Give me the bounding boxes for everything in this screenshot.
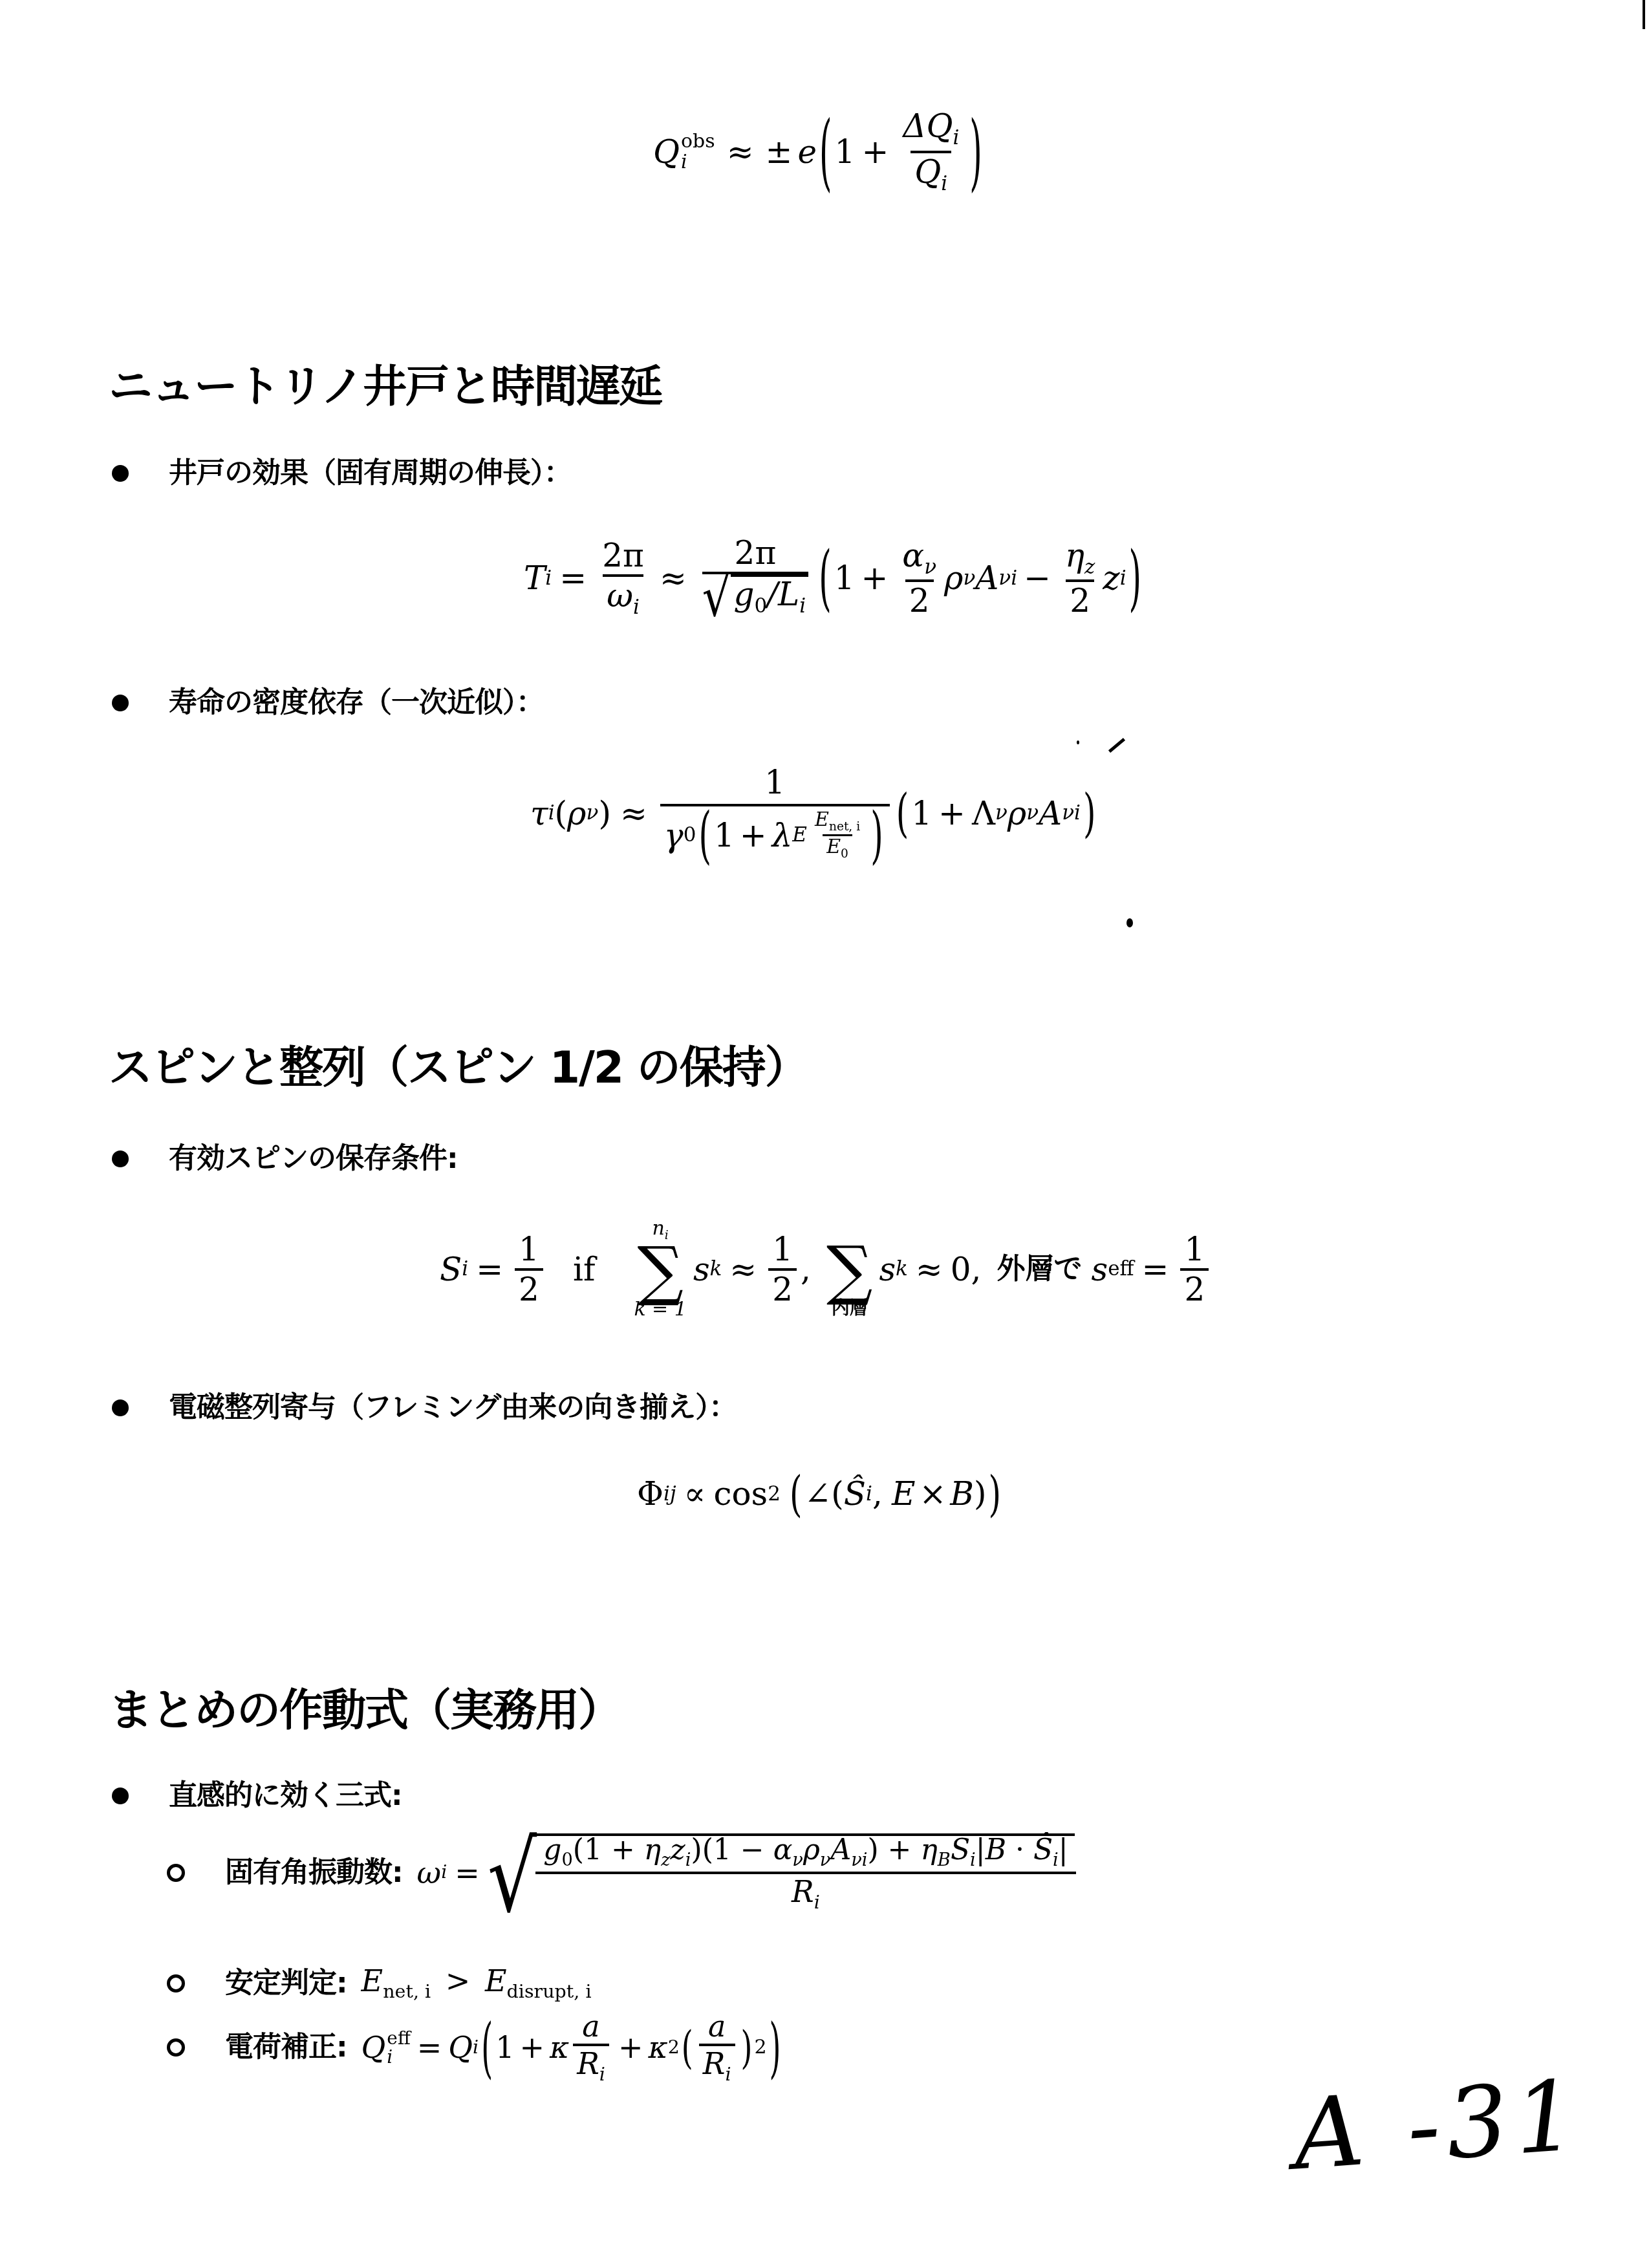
subscript: i — [953, 126, 959, 149]
symbol: κ — [648, 2033, 667, 2062]
square-root: √ g0(1 + ηzzi)(1 − ανρνAνi) + ηBSi|B · Ŝ… — [488, 1833, 1075, 1912]
equals-sign: = — [559, 562, 587, 594]
superscript: 2 — [754, 2038, 766, 2057]
bullet-label: 直感的に効く三式: — [169, 1782, 402, 1810]
symbol: A — [1039, 797, 1062, 830]
fraction: ηz 2 — [1061, 539, 1099, 618]
symbol: Λ — [972, 797, 995, 830]
document-page: Qobsi ≈ ± e ( 1 + ΔQi Qi ) ニュートリノ井戸と時間遅延… — [0, 0, 1649, 2268]
symbol: E — [361, 1963, 383, 1998]
symbol: s — [693, 1253, 710, 1286]
numerator: α — [902, 537, 924, 574]
symbol: e — [797, 136, 817, 168]
symbol: γ — [664, 819, 684, 852]
denominator: 2 — [905, 579, 934, 617]
subscript: ij — [663, 1484, 676, 1504]
subscript: k — [710, 1259, 722, 1279]
bullet-label: 井戸の効果（固有周期の伸長）： — [169, 459, 572, 488]
sigma-icon: ∑ — [826, 1241, 872, 1299]
subscript: i — [1120, 568, 1126, 589]
right-paren: ) — [741, 2025, 753, 2070]
numerator: ΔQ — [903, 107, 953, 145]
equals-sign: = — [1142, 1253, 1169, 1286]
superscript: 2 — [768, 1484, 781, 1504]
number: 1 — [834, 562, 855, 594]
numerator: a — [704, 2011, 729, 2044]
symbol: Q — [448, 2033, 473, 2062]
equals-sign: = — [455, 1858, 480, 1888]
subscript: i — [462, 1259, 468, 1279]
angle-icon: ∠ — [804, 1478, 831, 1510]
approx-sign: ≈ — [660, 562, 687, 594]
bullet-label: 寿命の密度依存（一次近似）： — [169, 689, 544, 717]
subscript: i — [941, 172, 947, 195]
subscript: disrupt, i — [507, 1981, 592, 2002]
symbol: E — [826, 836, 841, 858]
formula-stability: Enet, i > Edisrupt, i — [361, 1966, 592, 2001]
bullet-label: 電磁整列寄与（フレミング由来の向き揃え）： — [169, 1394, 737, 1422]
sigma-icon: ∑ — [637, 1242, 683, 1300]
subscript: 2 — [668, 2038, 680, 2057]
symbol: Q — [653, 136, 680, 168]
superscript: obs — [681, 131, 715, 152]
denominator: R — [792, 1874, 814, 1909]
symbol: g — [733, 576, 754, 613]
numerator: 2π — [731, 537, 781, 572]
denominator: 2 — [768, 1268, 797, 1306]
subscript: i — [681, 152, 715, 173]
subscript: i — [866, 1484, 872, 1504]
plus-sign: + — [519, 2033, 544, 2062]
right-paren: ) — [770, 2015, 781, 2080]
formula-spin-condition: Si = 1 2 if ni ∑ k = 1 sk ≈ 1 2 , ∑ 内層 s… — [440, 1219, 1212, 1319]
denominator: R — [577, 2046, 599, 2081]
approx-sign: ≈ — [729, 1253, 757, 1286]
greater-than-sign: > — [446, 1963, 471, 1998]
symbol: ω — [417, 1858, 442, 1888]
left-paren: ( — [896, 788, 909, 839]
bullet-label: 固有角振動数: — [225, 1859, 403, 1887]
subscript: k — [896, 1259, 908, 1279]
comma: , — [872, 1478, 883, 1510]
equals-sign: = — [476, 1253, 503, 1286]
symbol: Φ — [637, 1478, 663, 1510]
number: 1 — [714, 819, 735, 852]
right-paren: ) — [1083, 788, 1096, 839]
radical-icon: √ — [702, 570, 731, 624]
subscript: i — [441, 1863, 447, 1882]
plus-sign: + — [740, 819, 767, 852]
denominator: Q — [914, 153, 941, 191]
left-paren: ( — [682, 2025, 693, 2070]
subscript: ν — [924, 555, 936, 578]
sub-bullet-item: 固有角振動数: ωi = √ g0(1 + ηzzi)(1 − ανρνAνi)… — [167, 1833, 1075, 1912]
bullet-dot-icon — [112, 695, 129, 711]
symbol: E — [815, 808, 829, 831]
approx-sign: ≈ — [727, 136, 754, 168]
symbol: B — [950, 1478, 974, 1510]
number: 0, — [951, 1253, 982, 1286]
plus-sign: + — [861, 562, 888, 594]
fraction: 2π √ g0/Li — [698, 537, 812, 620]
numerator: 1 — [1180, 1233, 1209, 1268]
symbol: z — [1103, 562, 1119, 594]
bullet-item: 有効スピンの保存条件: — [112, 1145, 458, 1173]
symbol: κ — [550, 2033, 569, 2062]
fraction: 1 γ0 ( 1 + λE Enet, i E0 ) — [660, 766, 890, 860]
subscript: net, i — [829, 820, 860, 834]
right-paren: ) — [969, 110, 982, 194]
bullet-ring-icon — [167, 1864, 185, 1882]
symbol: T — [524, 562, 545, 594]
subscript: i — [387, 2047, 410, 2066]
left-paren: ( — [481, 2015, 493, 2080]
symbol: S — [440, 1253, 462, 1286]
subscript: i — [599, 2064, 605, 2085]
summation: ni ∑ k = 1 — [634, 1219, 686, 1319]
bullet-ring-icon — [167, 1974, 185, 1993]
fraction: αν 2 — [898, 539, 940, 618]
number: 1 — [495, 2033, 514, 2062]
left-paren: ( — [819, 543, 832, 614]
right-paren: ) — [870, 805, 883, 866]
left-paren: ( — [698, 805, 711, 866]
bullet-item: 直感的に効く三式: — [112, 1782, 402, 1810]
scan-mark — [1108, 738, 1125, 753]
subscript: 0 — [684, 825, 696, 845]
subscript: νi — [998, 568, 1017, 589]
formula-angular-frequency: ωi = √ g0(1 + ηzzi)(1 − ανρνAνi) + ηBSi|… — [417, 1833, 1075, 1912]
bullet-item: 電磁整列寄与（フレミング由来の向き揃え）： — [112, 1394, 737, 1422]
subscript: i — [545, 568, 552, 589]
subscript: i — [814, 1892, 820, 1913]
bullet-dot-icon — [112, 1787, 129, 1804]
function-name: cos — [713, 1478, 768, 1510]
proportional-sign: ∝ — [684, 1478, 706, 1510]
numerator: 1 — [515, 1233, 543, 1268]
plus-minus-sign: ± — [766, 136, 793, 168]
fraction: ΔQi Qi — [899, 110, 963, 194]
numerator: 2π — [598, 539, 648, 574]
subscript: i — [633, 595, 640, 618]
plus-sign: + — [938, 797, 965, 830]
comma: , — [801, 1253, 811, 1286]
denominator: R — [703, 2046, 726, 2081]
denominator: 2 — [1066, 579, 1094, 617]
right-paren: ) — [989, 1470, 1002, 1518]
plus-sign: + — [861, 136, 889, 168]
symbol: λ — [772, 819, 793, 852]
subscript: eff — [1108, 1259, 1134, 1279]
number: 1 — [911, 797, 932, 830]
right-paren: ) — [1129, 543, 1142, 614]
if-keyword: if — [573, 1253, 596, 1286]
fraction: 1 2 — [768, 1233, 797, 1306]
numerator: a — [578, 2011, 603, 2044]
subscript: i — [725, 2064, 731, 2085]
number: 1 — [835, 136, 856, 168]
subscript: νi — [1062, 803, 1081, 823]
symbol: ρ — [944, 562, 963, 594]
symbol: τ — [530, 797, 548, 830]
symbol: ρ — [1008, 797, 1026, 830]
subscript: ν — [1026, 803, 1039, 823]
formula-period: Ti = 2π ωi ≈ 2π √ g0/Li ( 1 + αν 2 ρν Aν… — [524, 537, 1144, 620]
sub-bullet-item: 安定判定: Enet, i > Edisrupt, i — [167, 1966, 592, 2001]
subscript: i — [799, 594, 806, 618]
equals-sign: = — [417, 2033, 442, 2062]
subscript: z — [1084, 555, 1095, 578]
numerator: 1 — [768, 1233, 797, 1268]
symbol: A — [975, 562, 998, 594]
fraction: 1 2 — [1180, 1233, 1209, 1306]
plus-sign: + — [618, 2033, 643, 2062]
scan-edge — [1643, 0, 1645, 29]
symbol: /L — [767, 576, 799, 613]
symbol: ρ — [567, 797, 586, 830]
bullet-ring-icon — [167, 2038, 185, 2057]
denominator: 2 — [1180, 1268, 1209, 1306]
bullet-label: 有効スピンの保存条件: — [169, 1145, 458, 1173]
subscript: 0 — [841, 847, 848, 861]
fraction: 1 2 — [515, 1233, 543, 1306]
bullet-dot-icon — [112, 1399, 129, 1416]
scan-speck — [1126, 918, 1133, 927]
outer-layer-label: 外層で — [997, 1255, 1082, 1284]
superscript: eff — [387, 2029, 410, 2047]
denominator: 2 — [515, 1268, 543, 1306]
bullet-item: 井戸の効果（固有周期の伸長）： — [112, 459, 572, 488]
handwritten-page-number: A -31 — [1289, 2060, 1586, 2192]
section-heading: ニュートリノ井戸と時間遅延 — [109, 365, 662, 409]
subscript: ν — [587, 803, 599, 823]
subscript: ν — [995, 803, 1008, 823]
formula-observed-charge: Qobsi ≈ ± e ( 1 + ΔQi Qi ) — [653, 110, 985, 194]
subscript: ν — [963, 568, 975, 589]
left-paren: ( — [819, 110, 832, 194]
fraction: Enet, i E0 — [811, 810, 864, 860]
numerator: 1 — [760, 766, 789, 804]
bullet-dot-icon — [112, 465, 129, 482]
subscript: 0 — [754, 594, 767, 618]
symbol: E — [892, 1478, 916, 1510]
times-sign: × — [919, 1478, 946, 1510]
bullet-label: 電荷補正: — [225, 2033, 347, 2062]
symbol: Ŝ — [844, 1478, 866, 1510]
bullet-item: 寿命の密度依存（一次近似）： — [112, 689, 544, 717]
radical-icon: √ — [488, 1830, 537, 1928]
denominator: ω — [607, 577, 633, 614]
lower-limit: 内層 — [832, 1299, 868, 1317]
formula-charge-correction: Qeffi = Qi ( 1 + κ a Ri + κ2 ( a Ri )2 ) — [361, 2011, 784, 2084]
subscript: i — [473, 2038, 479, 2057]
section-heading: まとめの作動式（実務用） — [109, 1689, 621, 1733]
bullet-dot-icon — [112, 1150, 129, 1167]
approx-sign: ≈ — [620, 797, 647, 830]
subscript: net, i — [383, 1981, 431, 2002]
left-paren: ( — [790, 1470, 803, 1518]
section-heading: スピンと整列（スピン 1/2 の保持） — [109, 1046, 808, 1090]
minus-sign: − — [1024, 562, 1051, 594]
symbol: E — [485, 1963, 507, 1998]
square-root: √ g0/Li — [702, 572, 808, 620]
bullet-label: 安定判定: — [225, 1969, 347, 1998]
fraction: a Ri — [573, 2011, 609, 2084]
symbol: Q — [361, 2033, 386, 2062]
symbol: s — [879, 1253, 896, 1286]
fraction: a Ri — [699, 2011, 735, 2084]
approx-sign: ≈ — [916, 1253, 943, 1286]
symbol: s — [1091, 1253, 1108, 1286]
fraction: g0(1 + ηzzi)(1 − ανρνAνi) + ηBSi|B · Ŝi|… — [539, 1836, 1072, 1912]
formula-em-alignment: Φij ∝ cos2 ( ∠(Ŝi, E × B) ) — [637, 1478, 1003, 1510]
fraction: 2π ωi — [598, 539, 648, 618]
formula-lifetime: τi(ρν) ≈ 1 γ0 ( 1 + λE Enet, i E0 ) ( 1 … — [530, 766, 1099, 860]
subscript: i — [548, 803, 555, 823]
sub-bullet-item: 電荷補正: Qeffi = Qi ( 1 + κ a Ri + κ2 ( a R… — [167, 2011, 784, 2084]
scan-speck — [1077, 740, 1079, 744]
summation: ∑ 内層 — [826, 1222, 872, 1317]
lower-limit: k = 1 — [634, 1300, 686, 1319]
numerator: η — [1065, 537, 1084, 574]
subscript: E — [792, 825, 807, 845]
